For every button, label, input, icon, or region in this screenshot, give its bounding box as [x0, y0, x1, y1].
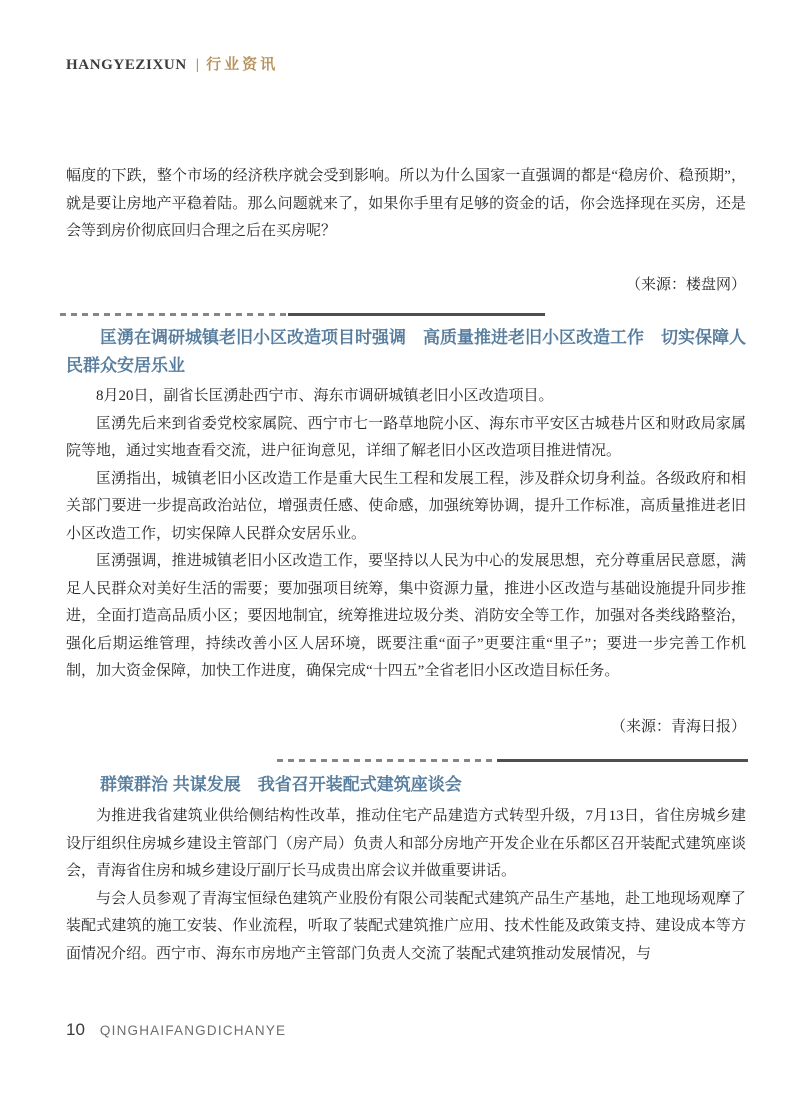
journal-brand: HANGYEZIXUN	[66, 55, 187, 75]
article-2-paragraph: 为推进我省建筑业供给侧结构性改革，推动住宅产品建造方式转型升级，7月13日，省住…	[66, 803, 746, 886]
page-footer: 10 QINGHAIFANGDICHANYE	[66, 1020, 286, 1040]
divider-solid-line	[497, 759, 748, 762]
divider-solid-line	[288, 313, 545, 316]
article-2-title: 群策群治 共谋发展 我省召开装配式建筑座谈会	[66, 771, 746, 799]
divider-dashed-line	[277, 759, 497, 762]
paragraph-continuation: 幅度的下跌，整个市场的经济秩序就会受到影响。所以为什么国家一直强调的都是“稳房价…	[66, 163, 746, 246]
journal-name: QINGHAIFANGDICHANYE	[100, 1023, 286, 1038]
article-1-paragraph: 匡湧先后来到省委党校家属院、西宁市七一路草地院小区、海东市平安区古城巷片区和财政…	[66, 411, 746, 466]
source-attribution-1: （来源：楼盘网）	[66, 272, 746, 300]
header-divider-bar: |	[196, 55, 199, 75]
source-attribution-2: （来源：青海日报）	[66, 714, 746, 742]
article-1-paragraph: 8月20日，副省长匡湧赴西宁市、海东市调研城镇老旧小区改造项目。	[66, 383, 746, 411]
divider-dashed-line	[60, 313, 288, 316]
section-divider-1	[66, 313, 746, 317]
page-number: 10	[66, 1020, 85, 1040]
section-title: 行业资讯	[206, 55, 278, 75]
magazine-page: HANGYEZIXUN | 行业资讯 幅度的下跌，整个市场的经济秩序就会受到影响…	[0, 0, 805, 1100]
page-header: HANGYEZIXUN | 行业资讯	[66, 55, 746, 75]
article-2-paragraph: 与会人员参观了青海宝恒绿色建筑产业股份有限公司装配式建筑产品生产基地，赴工地现场…	[66, 886, 746, 969]
article-1-paragraph: 匡湧指出，城镇老旧小区改造工作是重大民生工程和发展工程，涉及群众切身利益。各级政…	[66, 466, 746, 549]
article-1-title: 匡湧在调研城镇老旧小区改造项目时强调 高质量推进老旧小区改造工作 切实保障人民群…	[66, 324, 746, 380]
article-1-paragraph: 匡湧强调，推进城镇老旧小区改造工作，要坚持以人民为中心的发展思想，充分尊重居民意…	[66, 548, 746, 686]
section-divider-2	[66, 759, 746, 763]
